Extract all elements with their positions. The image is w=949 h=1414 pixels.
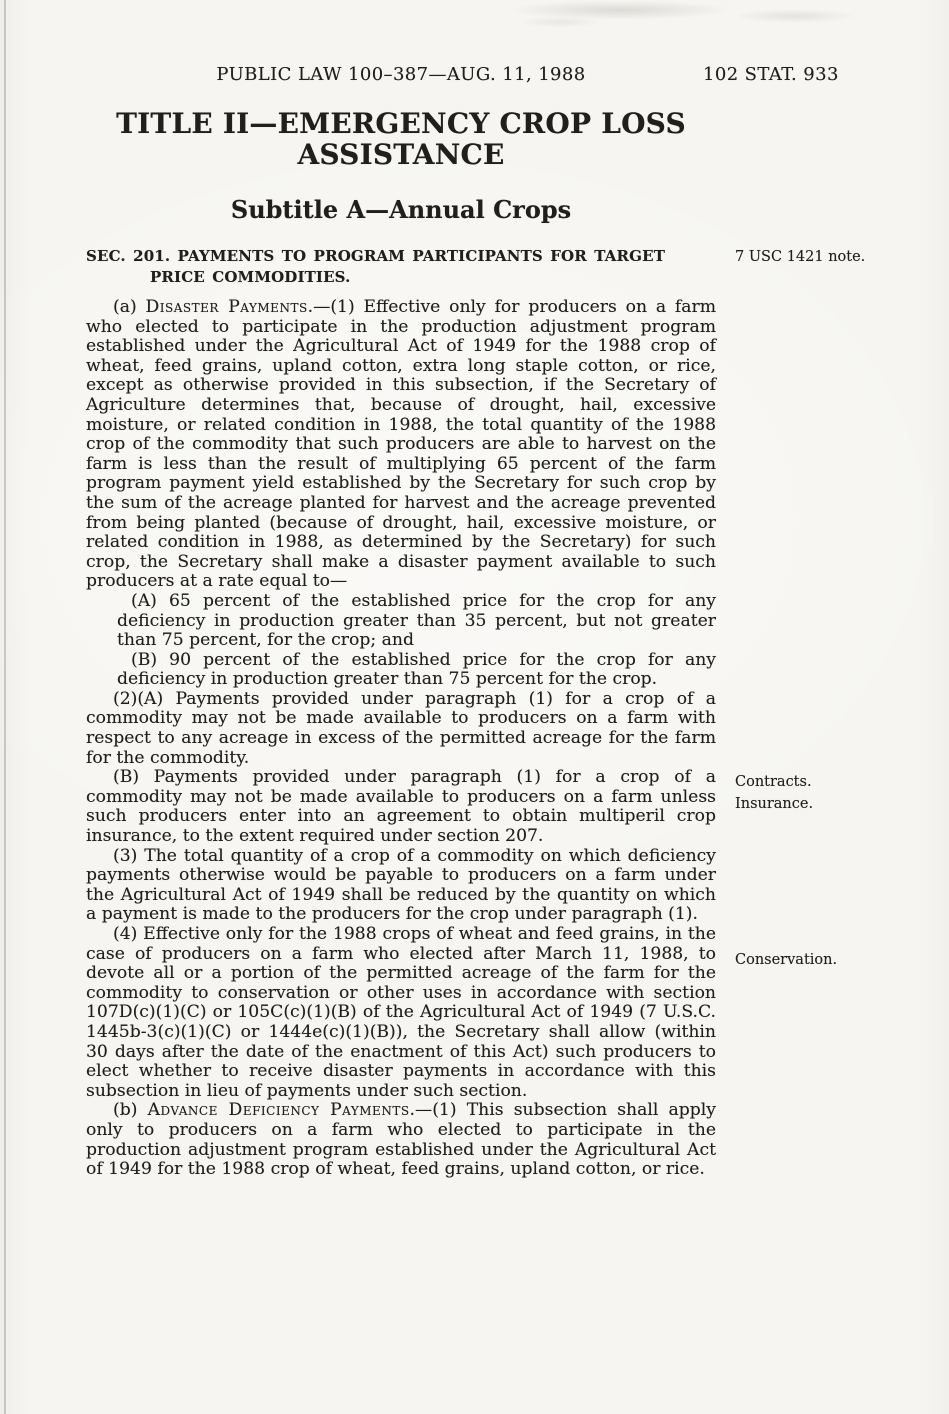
subtitle: Subtitle A—Annual Crops bbox=[86, 195, 716, 224]
title-line1: TITLE II—EMERGENCY CROP LOSS bbox=[86, 108, 716, 139]
running-header-stat: 102 STAT. 933 bbox=[703, 64, 949, 85]
margin-note-conservation: Conservation. bbox=[735, 950, 935, 970]
title: TITLE II—EMERGENCY CROP LOSS ASSISTANCE bbox=[86, 108, 716, 170]
statute-page: PUBLIC LAW 100–387—AUG. 11, 1988 102 STA… bbox=[0, 0, 949, 1414]
paragraph-a-smallcaps: Disaster Payments bbox=[145, 297, 307, 317]
paragraph-a-text: .—(1) Effective only for producers on a … bbox=[86, 297, 716, 591]
subparagraph-a: (A) 65 percent of the established price … bbox=[117, 592, 716, 651]
paragraph-b-number: (b) bbox=[113, 1100, 148, 1120]
margin-note-insurance: Insurance. bbox=[735, 794, 935, 814]
paragraph-b: (b) Advance Deficiency Payments.—(1) Thi… bbox=[86, 1101, 716, 1179]
margin-note-usc: 7 USC 1421 note. bbox=[735, 247, 935, 267]
scan-edge-line bbox=[4, 0, 6, 1414]
paragraph-3: (3) The total quantity of a crop of a co… bbox=[86, 847, 716, 925]
section-heading: SEC. 201. PAYMENTS TO PROGRAM PARTICIPAN… bbox=[86, 246, 716, 288]
margin-note-contracts: Contracts. bbox=[735, 772, 935, 792]
paragraph-4: (4) Effective only for the 1988 crops of… bbox=[86, 925, 716, 1101]
paragraph-2b: (B) Payments provided under paragraph (1… bbox=[86, 768, 716, 846]
paragraph-b-smallcaps: Advance Deficiency Payments bbox=[148, 1100, 410, 1120]
paragraph-a-number: (a) bbox=[113, 297, 145, 317]
paragraph-2a: (2)(A) Payments provided under paragraph… bbox=[86, 690, 716, 768]
running-header-law: PUBLIC LAW 100–387—AUG. 11, 1988 bbox=[86, 64, 716, 85]
subparagraph-b: (B) 90 percent of the established price … bbox=[117, 651, 716, 690]
body-column: SEC. 201. PAYMENTS TO PROGRAM PARTICIPAN… bbox=[86, 246, 716, 1180]
title-line2: ASSISTANCE bbox=[86, 139, 716, 170]
paragraph-a: (a) Disaster Payments.—(1) Effective onl… bbox=[86, 298, 716, 592]
